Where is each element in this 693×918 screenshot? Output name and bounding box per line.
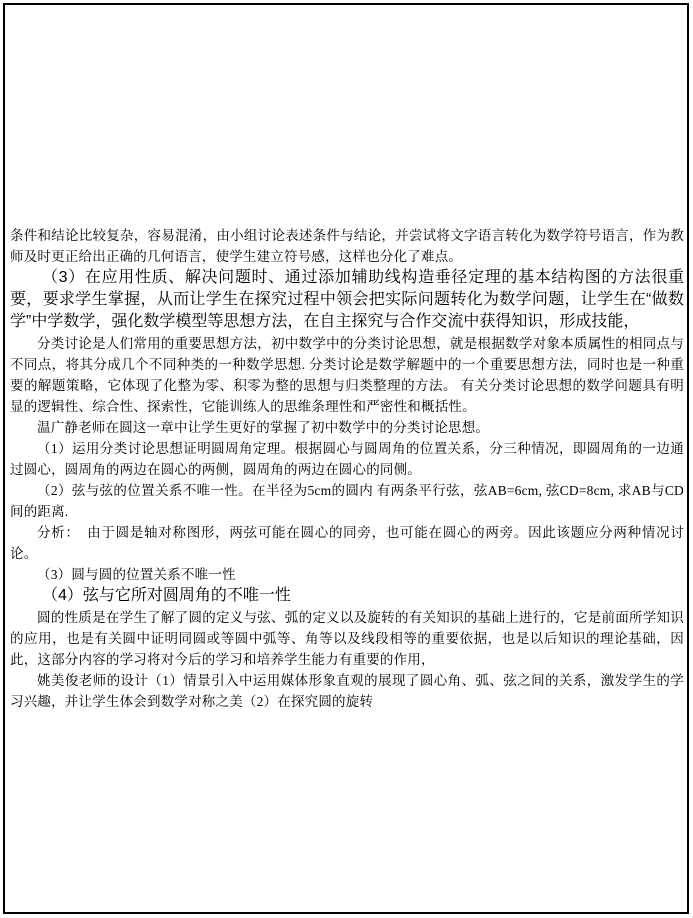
document-text-area: 条件和结论比较复杂，容易混淆，由小组讨论表述条件与结论，并尝试将文字语言转化为数… [10, 225, 684, 712]
para-analysis: 分析： 由于圆是轴对称图形，两弦可能在圆心的同旁，也可能在圆心的两旁。因此该题应… [10, 522, 684, 564]
para-teacher-wen: 温广静老师在圆这一章中让学生更好的掌握了初中数学中的分类讨论思想。 [10, 417, 684, 438]
para-item4-heading: （4）弦与它所对圆周角的不唯一性 [10, 585, 684, 607]
para-classification-discussion: 分类讨论是人们常用的重要思想方法，初中数学中的分类讨论思想，就是根据数学对象本质… [10, 333, 684, 417]
para-circle-properties: 圆的性质是在学生了解了圆的定义与弦、弧的定义以及旋转的有关知识的基础上进行的，它… [10, 607, 684, 670]
para-item2-chords: （2）弦与弦的位置关系不唯一性。在半径为5cm的圆内 有两条平行弦，弦AB=6c… [10, 480, 684, 522]
para-item3-circles: （3）圆与圆的位置关系不唯一性 [10, 564, 684, 585]
para-condition-conclusion: 条件和结论比较复杂，容易混淆，由小组讨论表述条件与结论，并尝试将文字语言转化为数… [10, 225, 684, 267]
para-teacher-yao: 姚美俊老师的设计（1）情景引入中运用媒体形象直观的展现了圆心角、弧、弦之间的关系… [10, 670, 684, 712]
para-item1-inscribed-angle: （1）运用分类讨论思想证明圆周角定理。根据圆心与圆周角的位置关系，分三种情况，即… [10, 438, 684, 480]
document-page: 条件和结论比较复杂，容易混淆，由小组讨论表述条件与结论，并尝试将文字语言转化为数… [0, 0, 693, 918]
para-section3-application: （3）在应用性质、解决问题时、通过添加辅助线构造垂径定理的基本结构图的方法很重要… [10, 267, 684, 333]
